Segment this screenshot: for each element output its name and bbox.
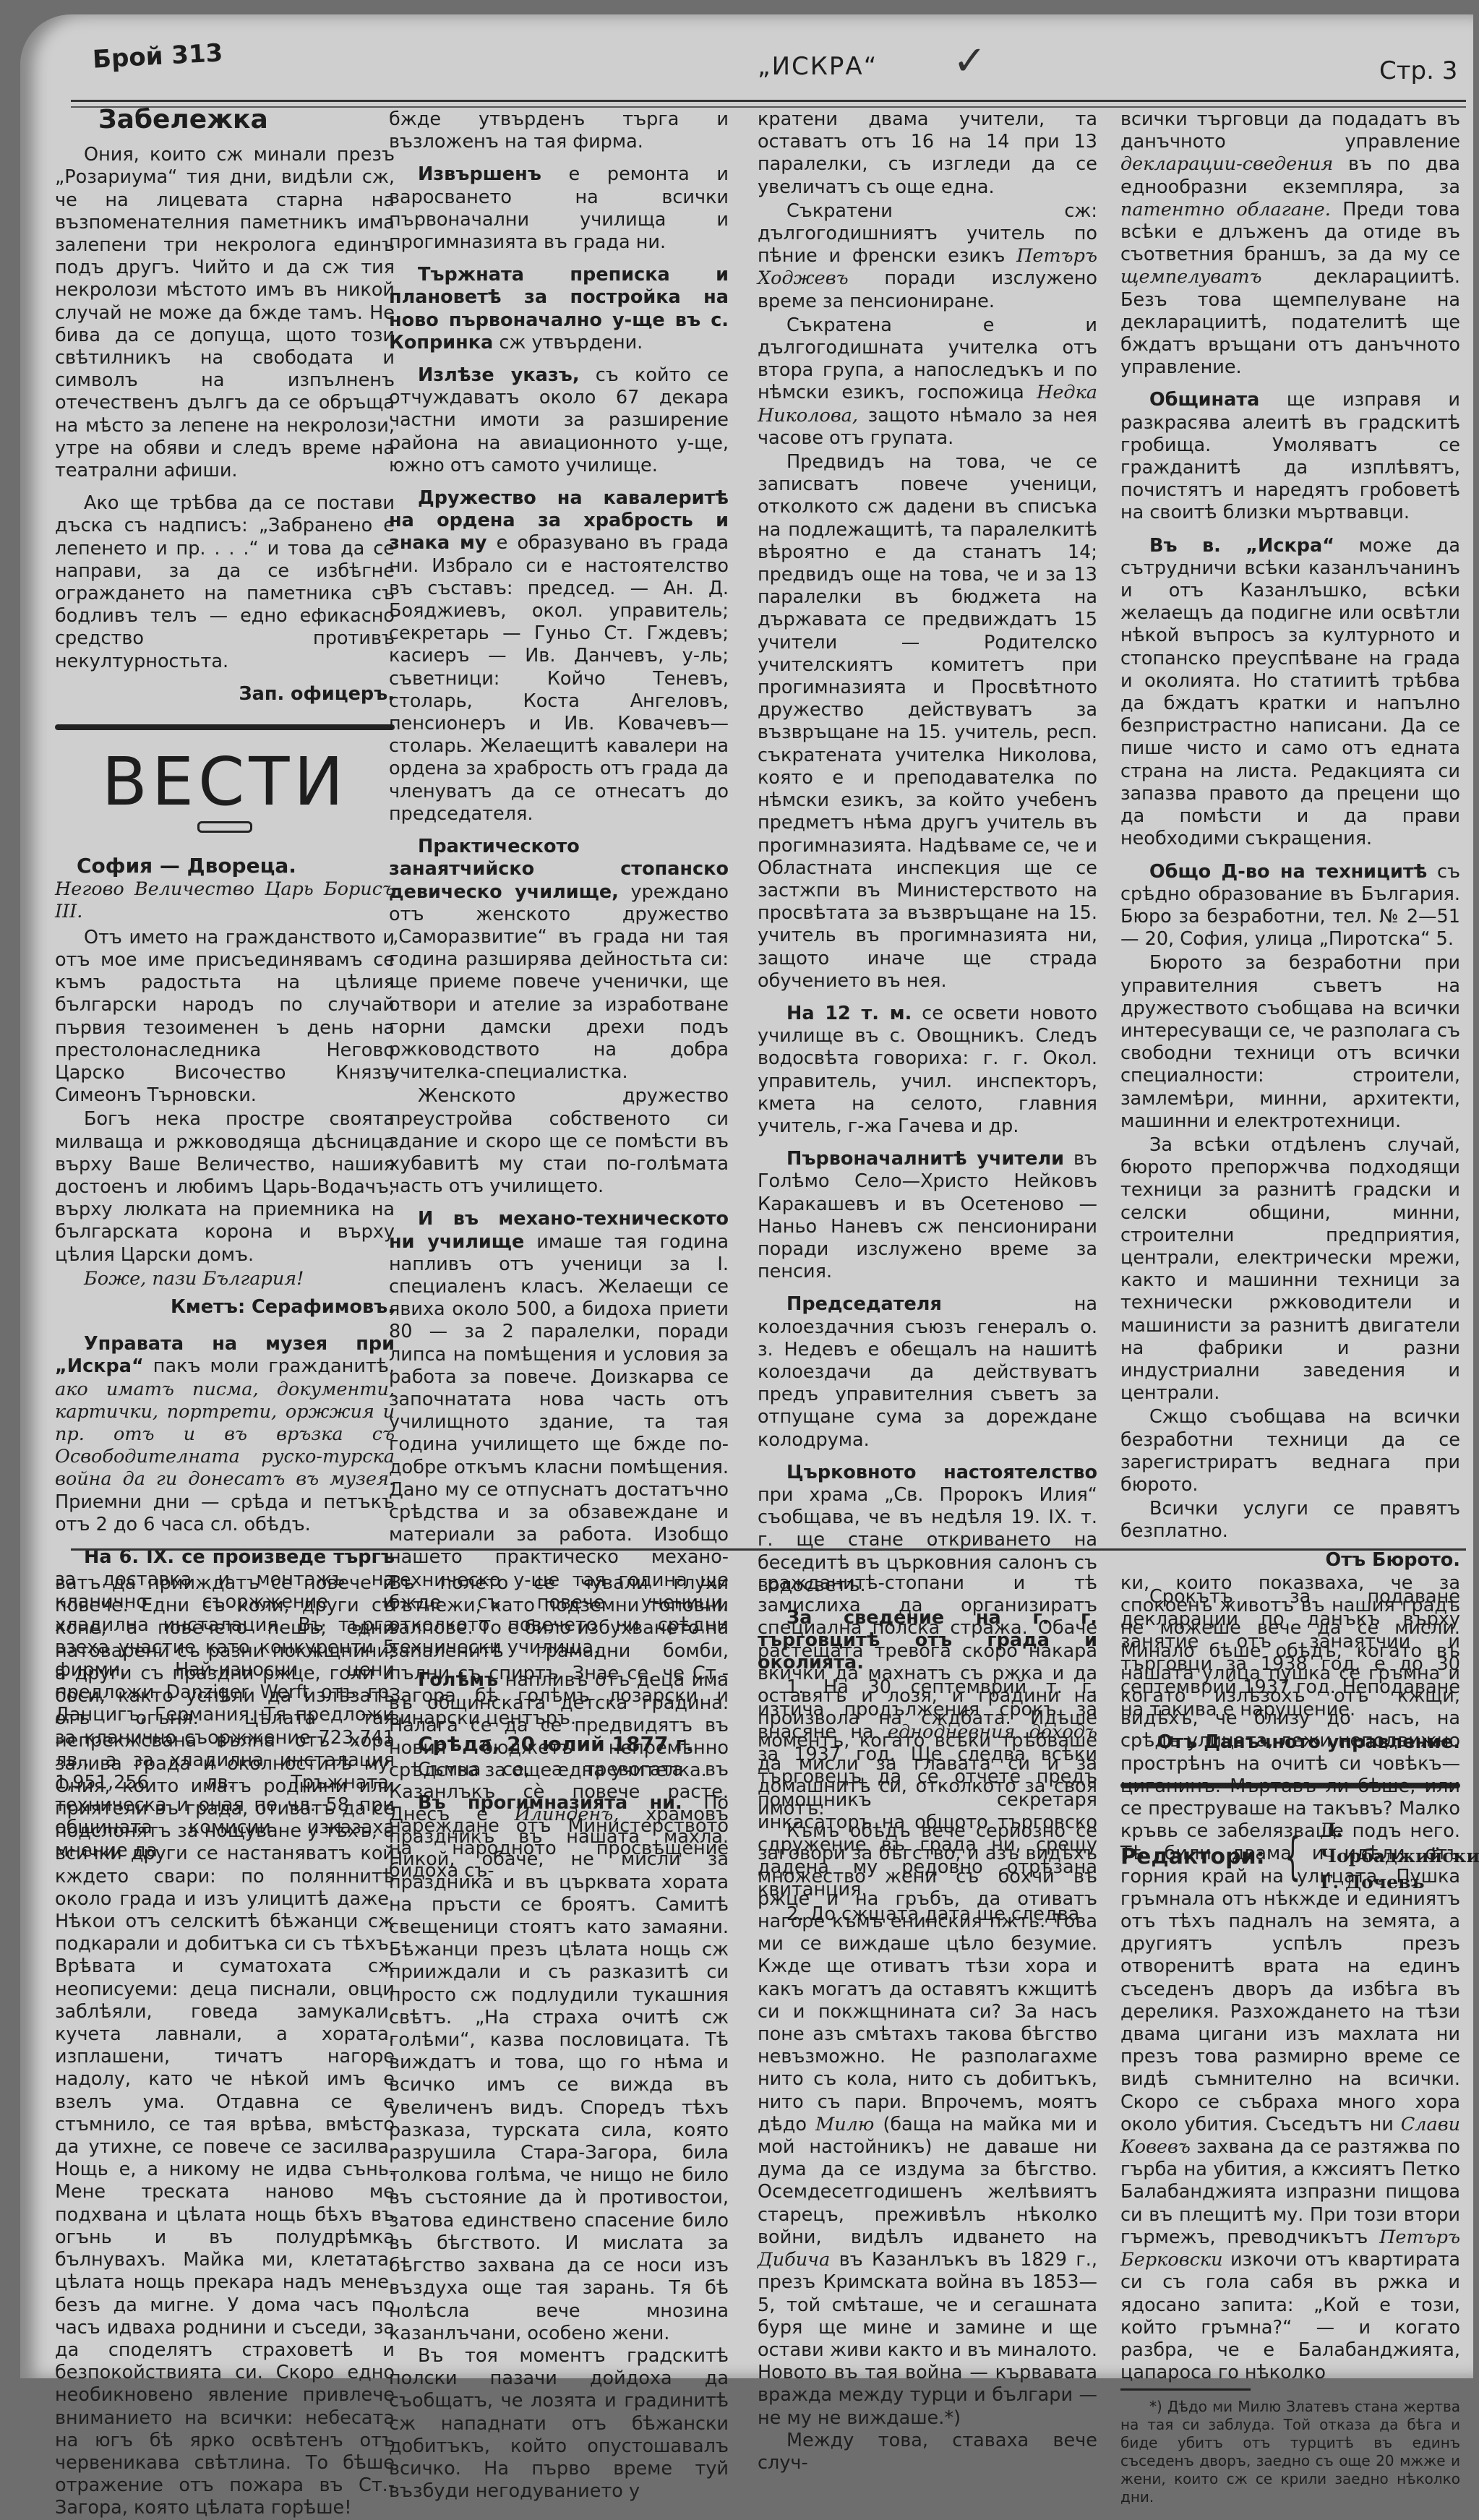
feuilleton-column-4: ки, които показваха, че за спокоенъ живо…	[1120, 1572, 1460, 2380]
news-item: Тържната преписка и плановетѣ за построй…	[389, 264, 729, 354]
feuilleton-paragraph: Въ тоя моментъ градскитѣ полски пазачи д…	[389, 2345, 729, 2380]
news-item: Сжщо съобщава на всички безработни техни…	[1120, 1406, 1460, 1496]
feuilleton-column-3: гражданитѣ-стопани и тѣ замислиха да орг…	[758, 1572, 1097, 2380]
telegram-paragraph: Отъ името на гражданството и отъ мое име…	[55, 927, 395, 1107]
telegram-place: София — Двореца.	[77, 854, 395, 877]
feuilleton-dateline: Срѣда, 20 юлий 1877 г.	[418, 1733, 729, 1755]
feuilleton-paragraph: гражданитѣ-стопани и тѣ замислиха да орг…	[758, 1572, 1097, 1820]
news-item: Съкратена е и дългогодишната учителка от…	[758, 314, 1097, 450]
feuilleton-paragraph: ки, които показваха, че за спокоенъ живо…	[1120, 1572, 1460, 2380]
news-item: Извършенъ е ремонта и варосването на вси…	[389, 163, 729, 254]
news-item: Въ в. „Искра“ може да сътрудничи всѣки к…	[1120, 535, 1460, 851]
news-item: Съкратени сж: дългогодишниятъ учитель по…	[758, 200, 1097, 313]
news-item: Излѣзе указъ, съ който се отчуждаватъ ок…	[389, 364, 729, 477]
feuilleton-paragraph: Къмъ обѣдъ вече сериозно се заговори за …	[758, 1820, 1097, 2380]
page-header: Брой 313 „ИСКРА“ ✓ Стр. 3	[85, 38, 1466, 95]
section-rule	[55, 724, 395, 730]
news-item: На 12 т. м. се освети новото училище въ …	[758, 1003, 1097, 1138]
page-number: Стр. 3	[1379, 56, 1457, 85]
note-heading: Забележка	[98, 108, 395, 131]
handwritten-check-icon: ✓	[953, 38, 987, 85]
feuilleton-column-2: Въ полето се чували глухи тътнежи, като …	[389, 1572, 729, 2380]
news-item: Практическото занаятчийско стопанско дев…	[389, 836, 729, 1084]
note-signature: Зап. офицеръ.	[55, 683, 395, 706]
news-item: За всѣки отдѣленъ случай, бюрото препорж…	[1120, 1134, 1460, 1405]
newspaper-page: Брой 313 „ИСКРА“ ✓ Стр. 3 Забележка Ония…	[20, 14, 1473, 2378]
museum-item: Управата на музея при „Искра“ пакъ моли …	[55, 1333, 395, 1536]
newspaper-title: „ИСКРА“	[758, 52, 878, 81]
news-item: Всички услуги се правятъ безплатно.	[1120, 1498, 1460, 1543]
news-item: Бюрото за безработни при управителния съ…	[1120, 952, 1460, 1133]
bureau-signature: Отъ Бюрото.	[1120, 1549, 1460, 1572]
feuilleton-column-1: ватъ да прииждатъ се повече и повече. Ед…	[55, 1572, 395, 2380]
telegram-addressee: Негово Величество Царь Борисъ III.	[55, 878, 395, 923]
news-item: Общината ще изправя и разкрасява алеитѣ …	[1120, 389, 1460, 524]
news-item: Председателя на колоездачния съюзъ генер…	[758, 1293, 1097, 1451]
news-item: всички търговци да подадатъ въ данъчното…	[1120, 108, 1460, 379]
news-item: Първоначалнитѣ учители въ Голѣмо Село—Хр…	[758, 1148, 1097, 1283]
issue-number: Брой 313	[92, 38, 223, 74]
news-item: Предвидъ на това, че се записватъ повече…	[758, 451, 1097, 993]
news-item: Женското дружество преустройва собствено…	[389, 1085, 729, 1198]
note-paragraph: Ония, които сж минали презъ „Розариума“ …	[55, 144, 395, 482]
news-item: кратени двама учители, та оставатъ отъ 1…	[758, 108, 1097, 199]
feuilleton-paragraph: ватъ да прииждатъ се повече и повече. Ед…	[55, 1572, 395, 2380]
news-item: Общо Д-во на техницитѣ съ срѣдно образов…	[1120, 861, 1460, 951]
feuilleton-paragraph: Въ полето се чували глухи тътнежи, като …	[389, 1572, 729, 1730]
telegram-closing: Боже, пази България!	[55, 1268, 395, 1290]
news-item: бжде утвърденъ търга и възложенъ на тая …	[389, 108, 729, 153]
note-paragraph: Ако ще трѣбва да се постави дъска съ над…	[55, 492, 395, 673]
telegram-paragraph: Богъ нека простре своята милваща и ржков…	[55, 1108, 395, 1266]
feuilleton-rule	[71, 1548, 1466, 1551]
news-item: Дружество на кавалеритѣ на ордена за хра…	[389, 487, 729, 826]
feuilleton-paragraph: Съмна се, а тревогата въ Казанлъкъ сѐ по…	[389, 1759, 729, 2345]
telegram-signature: Кметъ: Серафимовъ.	[55, 1296, 395, 1319]
news-section-heading: ВЕСТИ	[55, 746, 395, 818]
header-rule	[71, 100, 1466, 108]
heading-ornament	[197, 821, 252, 833]
